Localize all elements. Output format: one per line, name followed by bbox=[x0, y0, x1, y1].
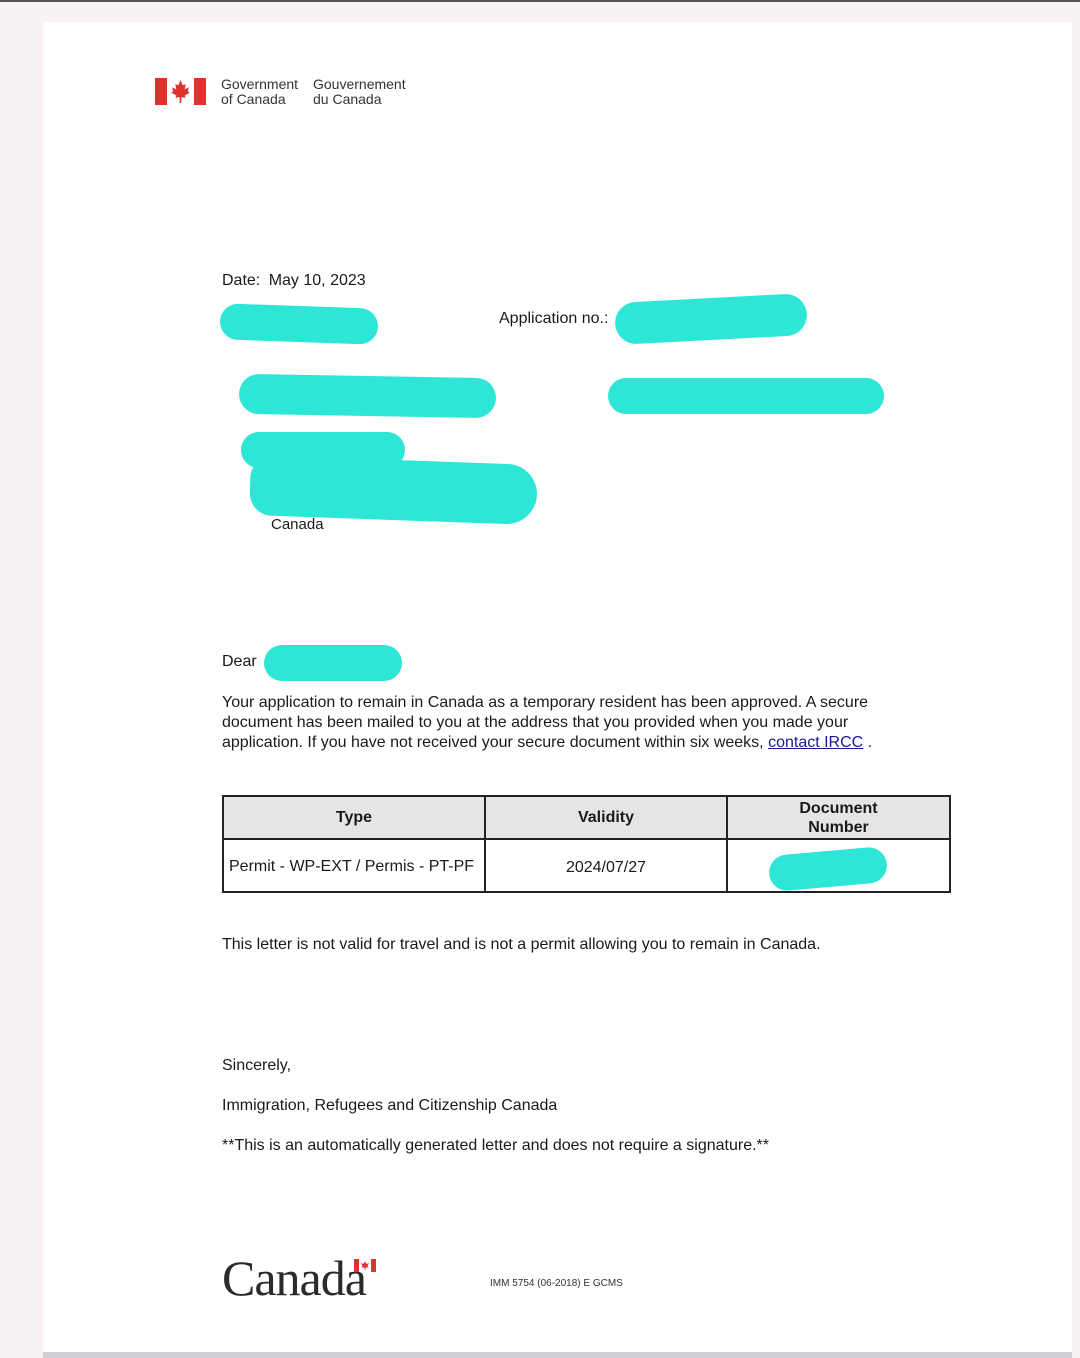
header-validity: Validity bbox=[486, 808, 726, 827]
cell-type: Permit - WP-EXT / Permis - PT-PF bbox=[229, 857, 482, 877]
top-border bbox=[0, 0, 1080, 2]
redaction-address-right bbox=[608, 378, 884, 414]
contact-ircc-link[interactable]: contact IRCC bbox=[768, 734, 863, 751]
gov-name-french: Gouvernement du Canada bbox=[313, 77, 406, 107]
body-line-3: application. If you have not received yo… bbox=[222, 733, 872, 753]
body-line-3-end: . bbox=[868, 734, 872, 751]
gov-en-line1: Government bbox=[221, 77, 298, 92]
header-type: Type bbox=[224, 808, 484, 827]
redaction-recipient-name bbox=[219, 303, 378, 344]
gov-fr-line1: Gouvernement bbox=[313, 77, 406, 92]
body-line-1: Your application to remain in Canada as … bbox=[222, 693, 868, 713]
validity-notice: This letter is not valid for travel and … bbox=[222, 935, 821, 955]
address-country: Canada bbox=[271, 515, 324, 535]
salutation: Dear bbox=[222, 652, 257, 672]
header-document-number: Document Number bbox=[728, 799, 949, 837]
gov-fr-line2: du Canada bbox=[313, 92, 406, 107]
redaction-salutation-name bbox=[264, 645, 402, 681]
date-label: Date: bbox=[222, 272, 260, 289]
sender-name: Immigration, Refugees and Citizenship Ca… bbox=[222, 1096, 557, 1116]
auto-generated-note: **This is an automatically generated let… bbox=[222, 1136, 769, 1156]
gov-name-english: Government of Canada bbox=[221, 77, 298, 107]
body-line-3-text: application. If you have not received yo… bbox=[222, 734, 764, 751]
form-code: IMM 5754 (06-2018) E GCMS bbox=[490, 1278, 623, 1289]
canada-wordmark: Canada bbox=[222, 1253, 366, 1303]
header-doc-line2: Number bbox=[728, 818, 949, 837]
gov-en-line2: of Canada bbox=[221, 92, 298, 107]
header-doc-line1: Document bbox=[728, 799, 949, 818]
cell-validity: 2024/07/27 bbox=[486, 858, 726, 878]
body-line-2: document has been mailed to you at the a… bbox=[222, 713, 848, 733]
date-line: Date: May 10, 2023 bbox=[222, 271, 366, 291]
closing: Sincerely, bbox=[222, 1056, 291, 1076]
canada-flag-icon bbox=[155, 78, 206, 105]
page-bottom-edge bbox=[43, 1352, 1072, 1358]
application-no-label: Application no.: bbox=[499, 309, 608, 329]
redaction-address-line1 bbox=[239, 374, 497, 418]
canada-flag-icon bbox=[354, 1259, 376, 1272]
date-value: May 10, 2023 bbox=[269, 272, 366, 289]
